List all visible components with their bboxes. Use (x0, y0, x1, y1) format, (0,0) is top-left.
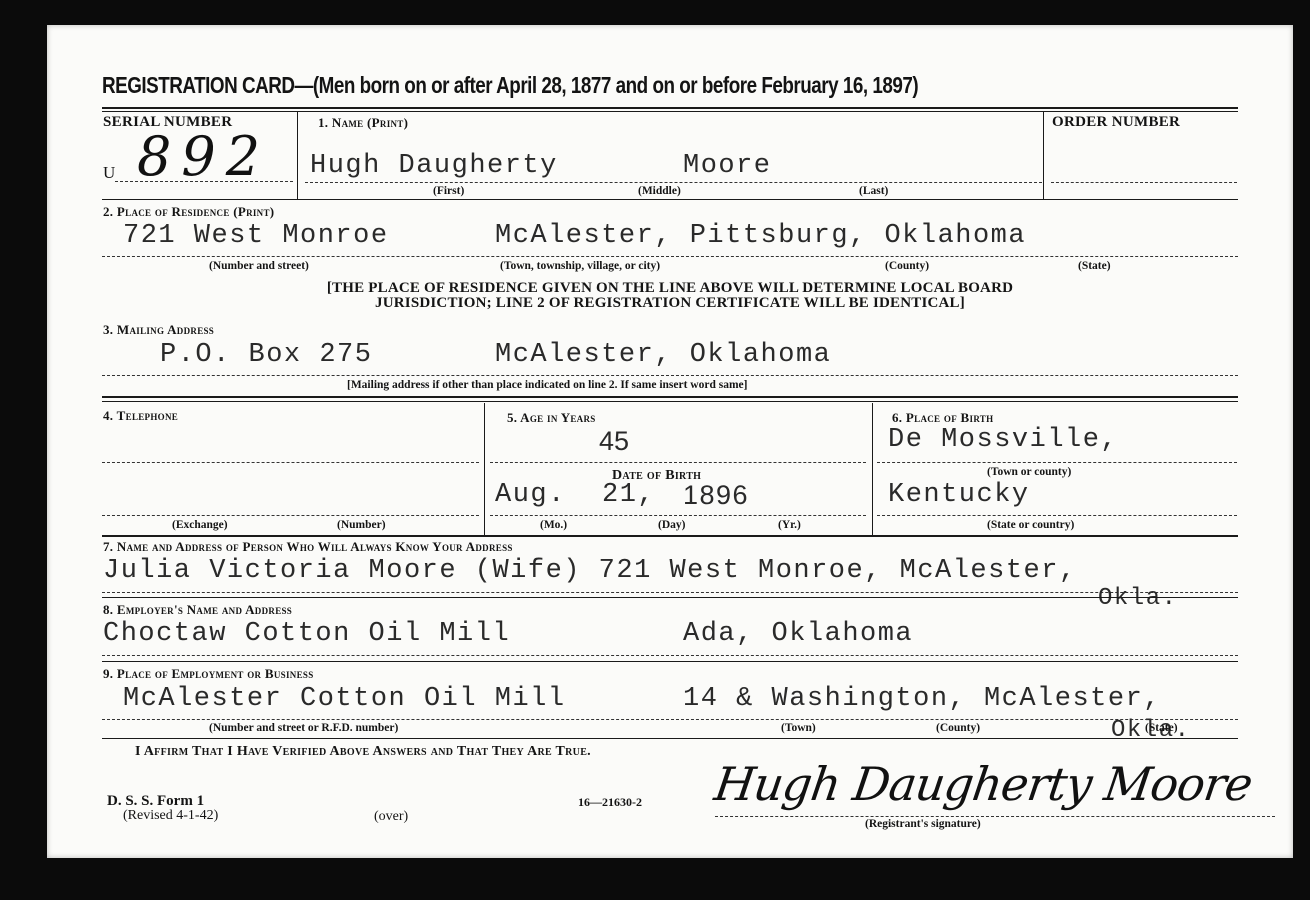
caption-month: (Mo.) (540, 519, 567, 531)
caption-middle: (Middle) (638, 185, 681, 197)
caption-county: (County) (885, 260, 929, 272)
name-line (305, 182, 1042, 183)
jurisdiction-notice-line1: [THE PLACE OF RESIDENCE GIVEN ON THE LIN… (102, 281, 1238, 296)
jurisdiction-notice-line2: JURISDICTION; LINE 2 OF REGISTRATION CER… (102, 296, 1238, 311)
caption-last: (Last) (859, 185, 888, 197)
mailing-city-state: McAlester, Oklahoma (495, 340, 831, 370)
caption-exchange: (Exchange) (172, 519, 228, 531)
caption-state-or-country: (State or country) (987, 519, 1074, 531)
age-value: 45 (599, 426, 629, 457)
row4-rule (102, 535, 1238, 537)
order-number-header: ORDER NUMBER (1052, 114, 1180, 131)
telephone-line-2 (102, 515, 479, 516)
affirmation-text: I Affirm That I Have Verified Above Answ… (135, 744, 591, 760)
registration-card: REGISTRATION CARD—(Men born on or after … (47, 25, 1293, 858)
caption-year: (Yr.) (778, 519, 801, 531)
birthplace-town-line (877, 462, 1237, 463)
residence-town-county-state: McAlester, Pittsburg, Oklahoma (495, 221, 1026, 251)
name-label: 1. Name (Print) (318, 115, 408, 131)
signature-caption: (Registrant's signature) (865, 818, 981, 830)
serial-number-value: 892 (137, 125, 270, 188)
age-divider (872, 403, 873, 535)
dob-month: Aug. (495, 480, 566, 510)
mailing-rule (102, 396, 1238, 398)
employer-address: Ada, Oklahoma (683, 619, 913, 649)
row7-rule (102, 597, 1238, 598)
telephone-line-1 (102, 462, 479, 463)
name-middle: Moore (683, 151, 772, 181)
birthplace-town: De Mossville, (888, 425, 1118, 455)
caption-street-rfd: (Number and street or R.F.D. number) (209, 722, 398, 734)
residence-street: 721 West Monroe (123, 221, 389, 251)
caption-number: (Number) (337, 519, 386, 531)
caption-town: (Town, township, village, or city) (500, 260, 660, 272)
contact-line (102, 592, 1238, 593)
caption-emp-town: (Town) (781, 722, 816, 734)
birthplace-state: Kentucky (888, 480, 1030, 510)
employment-label: 9. Place of Employment or Business (103, 666, 314, 682)
contact-continuation: Okla. (1098, 585, 1178, 612)
contact-label: 7. Name and Address of Person Who Will A… (103, 539, 513, 555)
card-title: REGISTRATION CARD—(Men born on or after … (102, 72, 918, 99)
employer-name: Choctaw Cotton Oil Mill (103, 619, 510, 649)
age-line (490, 462, 866, 463)
serial-prefix: U (103, 163, 115, 183)
residence-line (102, 256, 1238, 257)
serial-line (115, 181, 293, 182)
employment-name: McAlester Cotton Oil Mill (123, 684, 566, 714)
mailing-box: P.O. Box 275 (160, 340, 372, 370)
title-rule (102, 107, 1238, 109)
form-revised: (Revised 4-1-42) (123, 808, 218, 824)
signature-line (715, 816, 1275, 817)
mailing-caption: [Mailing address if other than place ind… (347, 379, 747, 391)
caption-town-or-county: (Town or county) (987, 466, 1071, 478)
dob-year: 1896 (683, 480, 749, 511)
name-first: Hugh Daugherty (310, 151, 558, 181)
order-number-line (1051, 182, 1237, 183)
row8-rule (102, 661, 1238, 662)
telephone-divider (484, 403, 485, 535)
employment-address: 14 & Washington, McAlester, (683, 684, 1161, 714)
dob-day: 21, (602, 480, 655, 510)
employer-label: 8. Employer's Name and Address (103, 602, 292, 618)
serial-divider (297, 111, 298, 199)
caption-street: (Number and street) (209, 260, 309, 272)
contact-value: Julia Victoria Moore (Wife) 721 West Mon… (103, 556, 1077, 586)
caption-emp-state: (State) (1145, 722, 1178, 734)
caption-emp-county: (County) (936, 722, 980, 734)
telephone-label: 4. Telephone (103, 408, 178, 424)
age-label: 5. Age in Years (507, 410, 596, 426)
row1-rule (102, 199, 1238, 200)
print-code: 16—21630-2 (578, 795, 642, 810)
birthplace-state-line (877, 515, 1237, 516)
caption-day: (Day) (658, 519, 685, 531)
caption-first: (First) (433, 185, 464, 197)
dob-line (490, 515, 866, 516)
registrant-signature: Hugh Daugherty Moore (711, 757, 1255, 811)
mailing-line (102, 375, 1238, 376)
employer-line (102, 655, 1238, 656)
mailing-rule-2 (102, 401, 1238, 402)
title-rule-2 (102, 111, 1238, 112)
residence-label: 2. Place of Residence (Print) (103, 204, 274, 220)
employment-line (102, 719, 1238, 720)
row9-rule (102, 738, 1238, 739)
birthplace-label: 6. Place of Birth (892, 410, 993, 426)
mailing-label: 3. Mailing Address (103, 322, 214, 338)
over-note: (over) (374, 809, 408, 825)
caption-state: (State) (1078, 260, 1111, 272)
order-divider (1043, 111, 1044, 199)
